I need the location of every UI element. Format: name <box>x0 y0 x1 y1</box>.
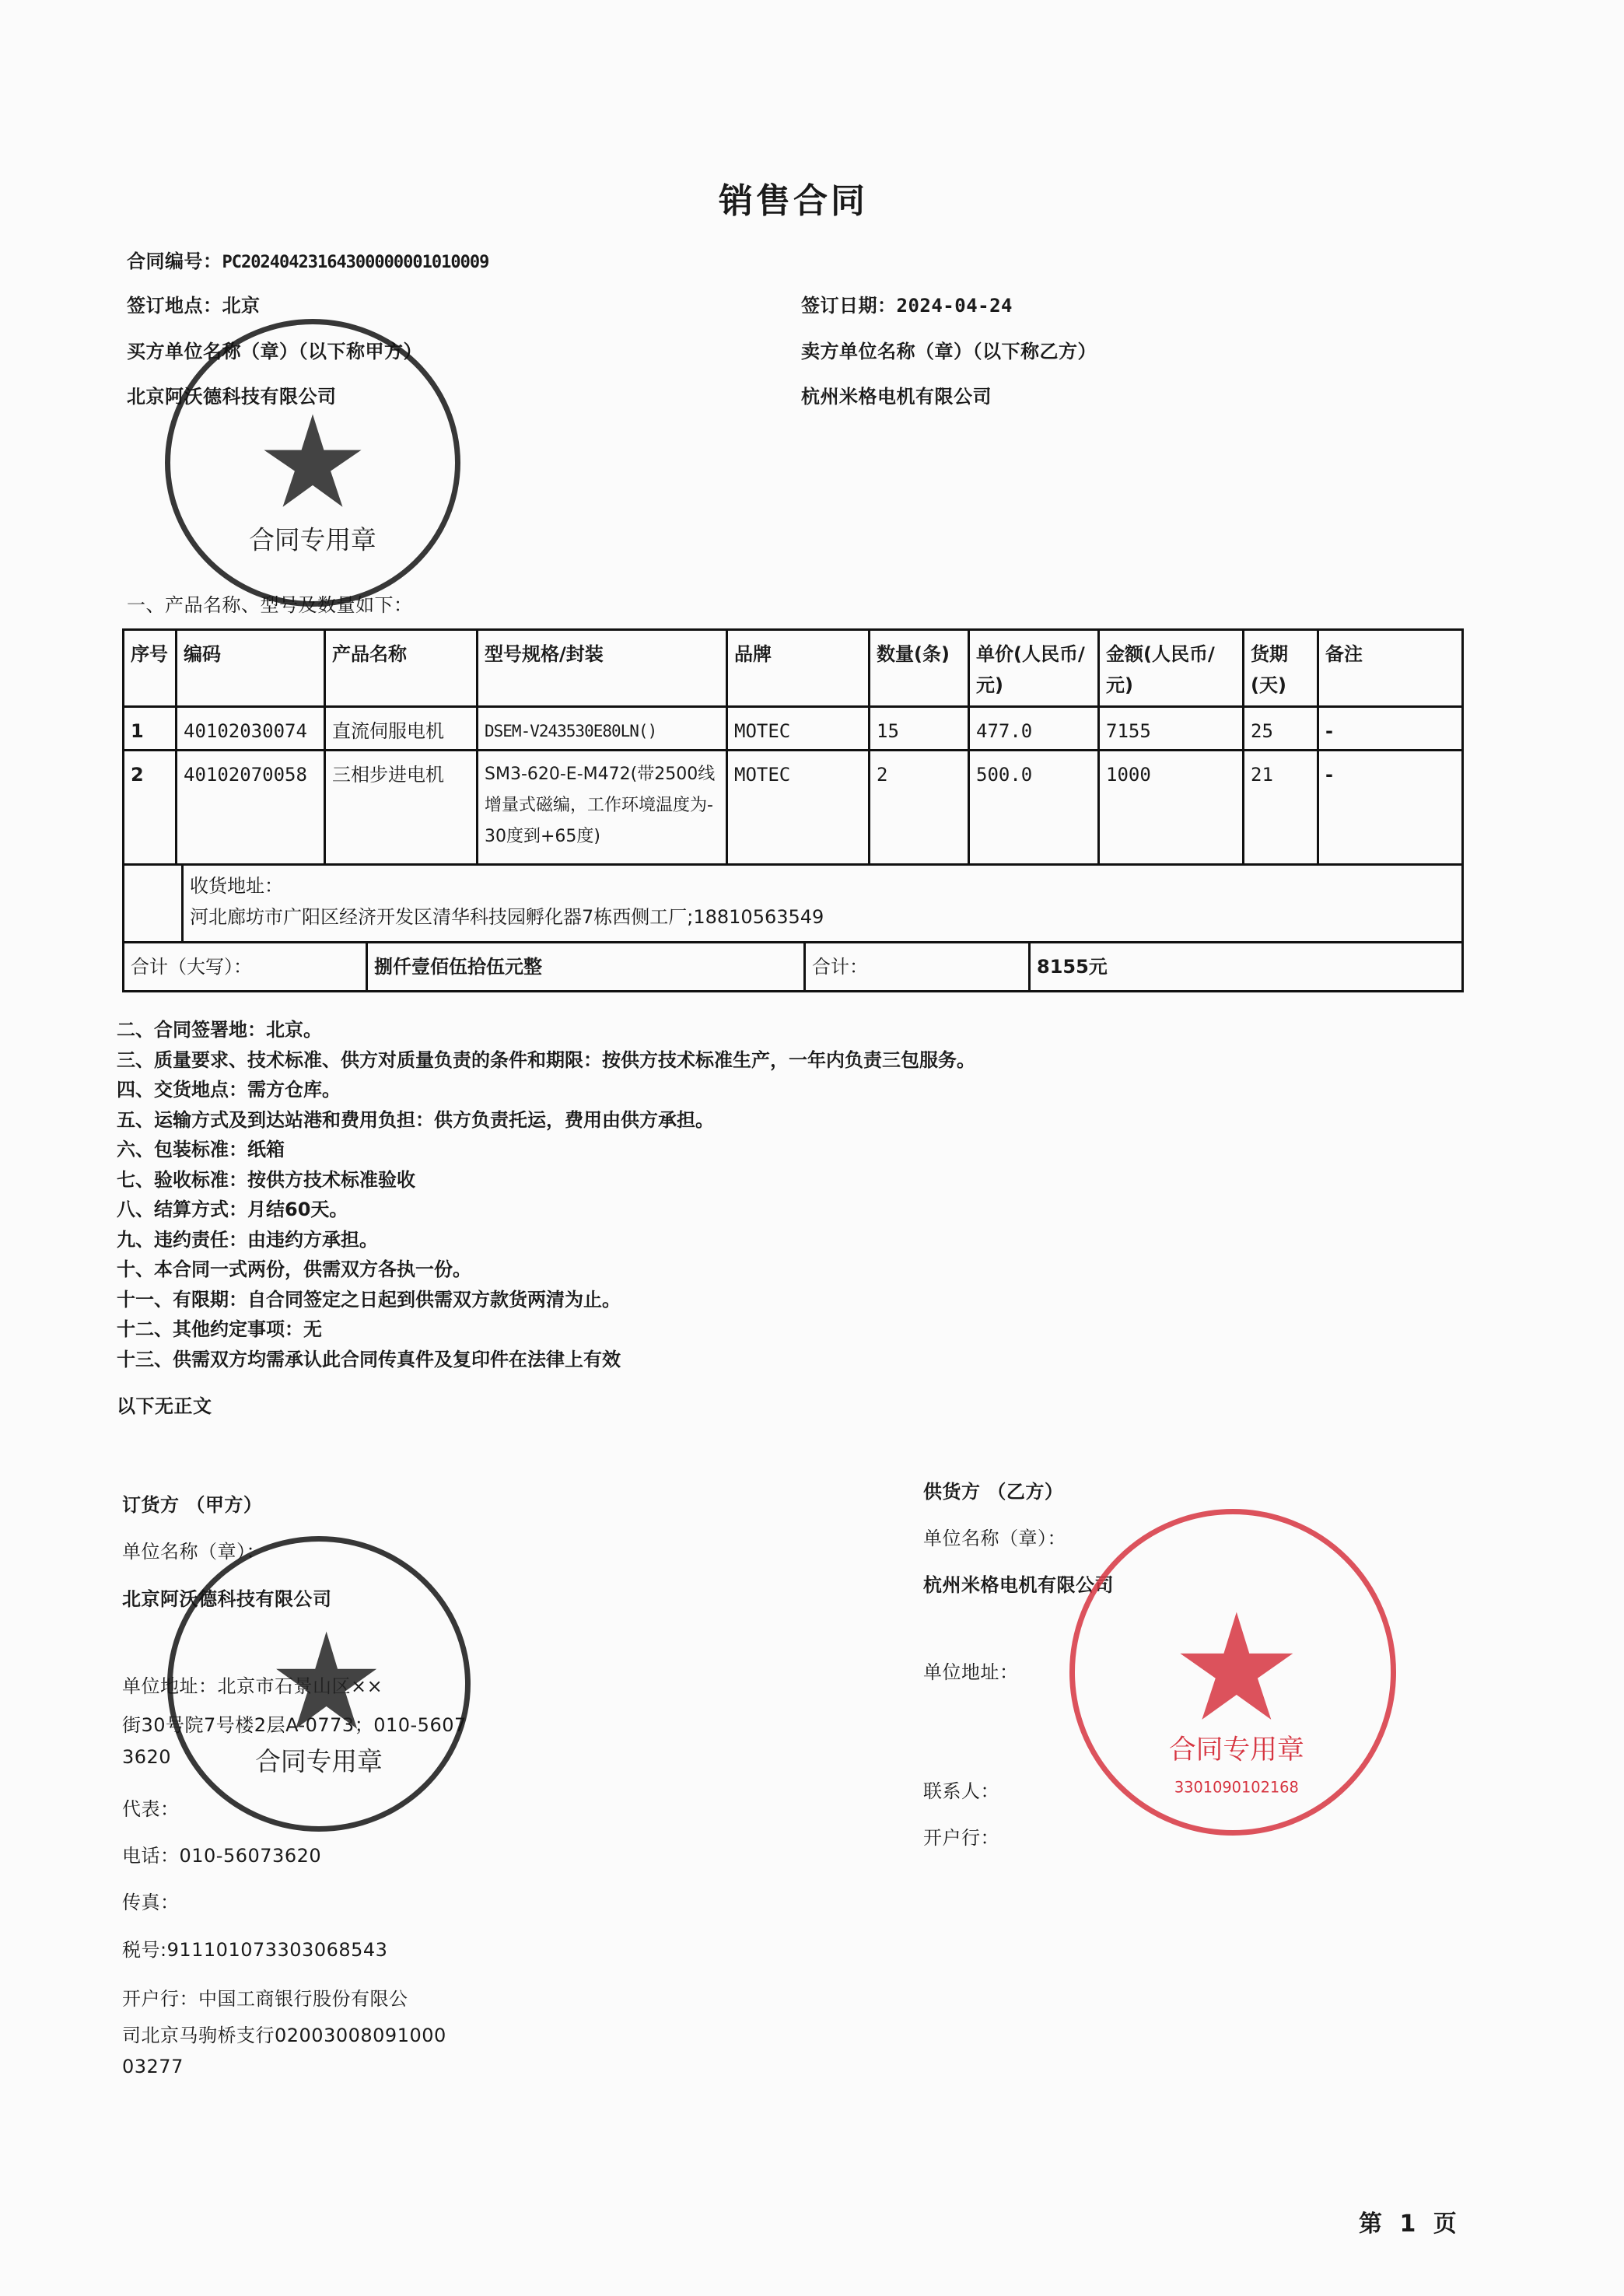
seller-company-seal: 合同专用章 3301090102168 <box>1069 1509 1396 1836</box>
cell-unit-price: 500.0 <box>968 751 1097 866</box>
clause-7: 七、验收标准：按供方技术标准验收 <box>117 1165 975 1195</box>
sign-place-value: 北京 <box>222 295 261 317</box>
buyer-label: 买方单位名称（章）（以下称甲方） <box>127 336 422 363</box>
clause-6: 六、包装标准：纸箱 <box>117 1135 975 1165</box>
clause-8: 八、结算方式：月结60天。 <box>117 1195 975 1225</box>
seller-label: 卖方单位名称（章）（以下称乙方） <box>801 336 1097 363</box>
cell-seq: 1 <box>122 708 175 751</box>
party-a-name-label: 单位名称（章）： <box>122 1536 265 1563</box>
total-words: 捌仟壹佰伍拾伍元整 <box>366 943 803 992</box>
buyer-name: 北京阿沃德科技有限公司 <box>127 381 337 408</box>
cell-code: 40102030074 <box>175 708 324 751</box>
svg-text:3301090102168: 3301090102168 <box>1174 1779 1299 1797</box>
party-a-bank-label: 开户行： <box>122 1988 198 2010</box>
clause-13: 十三、供需双方均需承认此合同传真件及复印件在法律上有效 <box>117 1345 975 1375</box>
seal-star-icon: 合同专用章 <box>170 324 455 601</box>
header-qty: 数量(条) <box>868 631 968 708</box>
end-note: 以下无正文 <box>117 1391 212 1418</box>
party-b-heading: 供货方 （乙方） <box>923 1476 1063 1503</box>
table-row: 1 40102030074 直流伺服电机 DSEM-V243530E80LN()… <box>122 705 1464 751</box>
seller-name: 杭州米格电机有限公司 <box>801 381 992 408</box>
party-a-address: 单位地址：北京市石景山区×× <box>122 1671 383 1698</box>
cell-amount: 7155 <box>1097 708 1242 751</box>
address-spacer <box>122 866 181 943</box>
header-brand: 品牌 <box>726 631 868 708</box>
contract-number-label: 合同编号： <box>127 250 222 272</box>
page-title: 销售合同 <box>0 173 1587 222</box>
cell-brand: MOTEC <box>726 751 868 866</box>
header-name: 产品名称 <box>324 631 476 708</box>
cell-model: SM3-620-E-M472(带2500线增量式磁编，工作环境温度为-30度到+… <box>476 751 726 866</box>
party-b-name-label: 单位名称（章）： <box>923 1523 1066 1550</box>
header-code: 编码 <box>175 631 324 708</box>
party-a-phone-label: 电话： <box>122 1845 180 1867</box>
party-a-rep-label: 代表： <box>122 1794 180 1821</box>
party-a-bank-line1: 中国工商银行股份有限公 <box>198 1988 408 2010</box>
party-a-tax: 税号:911101073303068543 <box>122 1934 387 1962</box>
header-amount: 金额(人民币/元) <box>1097 631 1242 708</box>
party-a-fax-label: 传真： <box>122 1887 180 1914</box>
table-header-row: 序号 编码 产品名称 型号规格/封装 品牌 数量(条) 单价(人民币/元) 金额… <box>122 628 1464 708</box>
table-bottom-border <box>122 990 1464 992</box>
table-row: 2 40102070058 三相步进电机 SM3-620-E-M472(带250… <box>122 749 1464 866</box>
party-a-tax-label: 税号: <box>122 1939 167 1961</box>
contract-clauses: 二、合同签署地：北京。 三、质量要求、技术标准、供方对质量负责的条件和期限：按供… <box>117 1015 975 1374</box>
cell-name: 直流伺服电机 <box>324 708 476 751</box>
header-remark: 备注 <box>1317 631 1464 708</box>
svg-text:合同专用章: 合同专用章 <box>249 526 376 555</box>
clause-5: 五、运输方式及到达站港和费用负担：供方负责托运，费用由供方承担。 <box>117 1105 975 1136</box>
clause-11: 十一、有限期：自合同签定之日起到供需双方款货两清为止。 <box>117 1285 975 1315</box>
party-a-phone: 电话：010-56073620 <box>122 1840 321 1867</box>
delivery-address: 河北廊坊市广阳区经济开发区清华科技园孵化器7栋西侧工厂;18810563549 <box>190 901 1455 933</box>
cell-model: DSEM-V243530E80LN() <box>476 708 726 751</box>
party-a-address-line2: 街30号院7号楼2层A-0773；010-5607 <box>122 1710 467 1737</box>
sign-date-value: 2024-04-24 <box>897 295 1013 317</box>
party-a-phone-value: 010-56073620 <box>180 1845 322 1867</box>
sign-place-label: 签订地点： <box>127 295 222 317</box>
cell-lead-time: 25 <box>1242 708 1317 751</box>
sign-date: 签订日期：2024-04-24 <box>801 290 1013 317</box>
sign-place: 签订地点：北京 <box>127 290 261 317</box>
clause-3: 三、质量要求、技术标准、供方对质量负责的条件和期限：按供方技术标准生产，一年内负… <box>117 1045 975 1076</box>
header-model: 型号规格/封装 <box>476 631 726 708</box>
party-a-address-line3: 3620 <box>122 1746 171 1768</box>
cell-qty: 15 <box>868 708 968 751</box>
cell-remark: - <box>1317 708 1464 751</box>
clause-4: 四、交货地点：需方仓库。 <box>117 1075 975 1105</box>
total-label: 合计： <box>803 943 1028 992</box>
cell-remark: - <box>1317 751 1464 866</box>
cell-lead-time: 21 <box>1242 751 1317 866</box>
party-a-heading: 订货方 （甲方） <box>122 1489 262 1517</box>
clause-9: 九、违约责任：由违约方承担。 <box>117 1225 975 1255</box>
total-row: 合计（大写）： 捌仟壹佰伍拾伍元整 合计： 8155元 <box>122 941 1464 992</box>
delivery-address-row: 收货地址： 河北廊坊市广阳区经济开发区清华科技园孵化器7栋西侧工厂;188105… <box>122 863 1464 943</box>
contract-number-value: PC20240423164300000001010009 <box>222 253 489 272</box>
total-words-label: 合计（大写）： <box>122 943 366 992</box>
party-a-bank-line2: 司北京马驹桥支行02003008091000 <box>122 2020 446 2047</box>
cell-amount: 1000 <box>1097 751 1242 866</box>
party-a-tax-value: 911101073303068543 <box>167 1939 388 1961</box>
cell-code: 40102070058 <box>175 751 324 866</box>
party-a-bank: 开户行：中国工商银行股份有限公 <box>122 1983 408 2011</box>
total-value: 8155元 <box>1028 943 1464 992</box>
party-b-name: 杭州米格电机有限公司 <box>923 1570 1114 1597</box>
party-b-bank-label: 开户行： <box>923 1822 999 1850</box>
delivery-address-cell: 收货地址： 河北廊坊市广阳区经济开发区清华科技园孵化器7栋西侧工厂;188105… <box>181 866 1464 943</box>
clause-10: 十、本合同一式两份，供需双方各执一份。 <box>117 1255 975 1285</box>
party-a-bank-line3: 03277 <box>122 2056 184 2077</box>
header-lead-time: 货期(天) <box>1242 631 1317 708</box>
cell-qty: 2 <box>868 751 968 866</box>
party-b-address-label: 单位地址： <box>923 1657 1019 1684</box>
contract-number: 合同编号：PC20240423164300000001010009 <box>127 246 488 273</box>
cell-name: 三相步进电机 <box>324 751 476 866</box>
delivery-address-label: 收货地址： <box>190 870 1455 901</box>
cell-unit-price: 477.0 <box>968 708 1097 751</box>
header-seq: 序号 <box>122 631 175 708</box>
clause-12: 十二、其他约定事项：无 <box>117 1314 975 1345</box>
cell-seq: 2 <box>122 751 175 866</box>
clause-2: 二、合同签署地：北京。 <box>117 1015 975 1045</box>
seal-star-icon: 合同专用章 3301090102168 <box>1075 1514 1391 1830</box>
svg-text:合同专用章: 合同专用章 <box>1169 1734 1304 1766</box>
svg-text:合同专用章: 合同专用章 <box>255 1747 383 1776</box>
section1-heading: 一、产品名称、型号及数量如下： <box>127 590 413 617</box>
cell-brand: MOTEC <box>726 708 868 751</box>
party-a-name: 北京阿沃德科技有限公司 <box>122 1584 332 1611</box>
page-number: 第 1 页 <box>1359 2204 1461 2238</box>
party-a-address-label: 单位地址： <box>122 1675 218 1697</box>
party-b-contact-label: 联系人： <box>923 1776 999 1803</box>
header-unit-price: 单价(人民币/元) <box>968 631 1097 708</box>
party-a-address-line1: 北京市石景山区×× <box>218 1675 383 1697</box>
sign-date-label: 签订日期： <box>801 295 897 317</box>
